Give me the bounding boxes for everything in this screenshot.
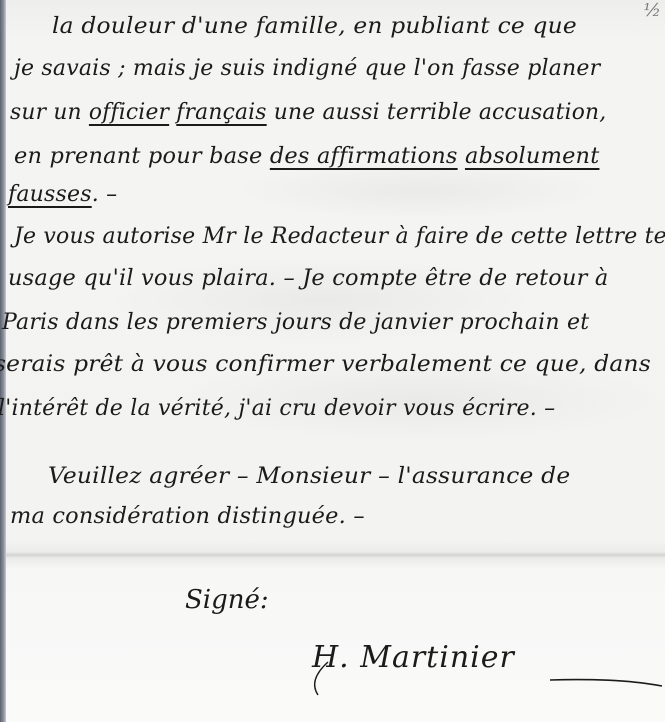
letter-line-3: sur un officier français une aussi terri… [10, 102, 606, 124]
corner-page-mark: ½ [644, 0, 661, 21]
letter-line-8: Paris dans les premiers jours de janvier… [2, 312, 589, 334]
text-segment: en prenant pour base [14, 144, 270, 169]
paper-fold-line [6, 552, 665, 558]
letter-line-7: usage qu'il vous plaira. – Je compte êtr… [8, 268, 609, 290]
letter-line-4: en prenant pour base des affirmations ab… [14, 146, 599, 168]
underlined-word-absolument: absolument [465, 144, 599, 169]
letter-line-9: serais prêt à vous confirmer verbalement… [0, 354, 651, 376]
letter-line-11-closing: Veuillez agréer – Monsieur – l'assurance… [48, 466, 570, 488]
text-segment: . – [92, 182, 118, 207]
letter-page: ½ la douleur d'une famille, en publiant … [0, 0, 665, 722]
text-segment [169, 100, 176, 125]
letter-line-2: je savais ; mais je suis indigné que l'o… [14, 58, 600, 80]
text-segment: sur un [10, 100, 89, 125]
underlined-word-officier: officier [89, 100, 169, 125]
letter-line-10: l'intérêt de la vérité, j'ai cru devoir … [0, 398, 555, 420]
underlined-phrase-des-affirmations: des affirmations [270, 144, 458, 169]
letter-line-5: fausses. – [8, 184, 117, 206]
letter-line-6: Je vous autorise Mr le Redacteur à faire… [14, 226, 665, 248]
signed-label: Signé: [185, 585, 269, 615]
signature-flourish-icon [300, 640, 665, 700]
letter-line-1: la douleur d'une famille, en publiant ce… [52, 16, 577, 38]
letter-line-12-closing: ma considération distinguée. – [10, 506, 365, 528]
underlined-word-fausses: fausses [8, 182, 92, 207]
text-segment: une aussi terrible accusation, [267, 100, 607, 125]
underlined-word-francais: français [176, 100, 266, 125]
